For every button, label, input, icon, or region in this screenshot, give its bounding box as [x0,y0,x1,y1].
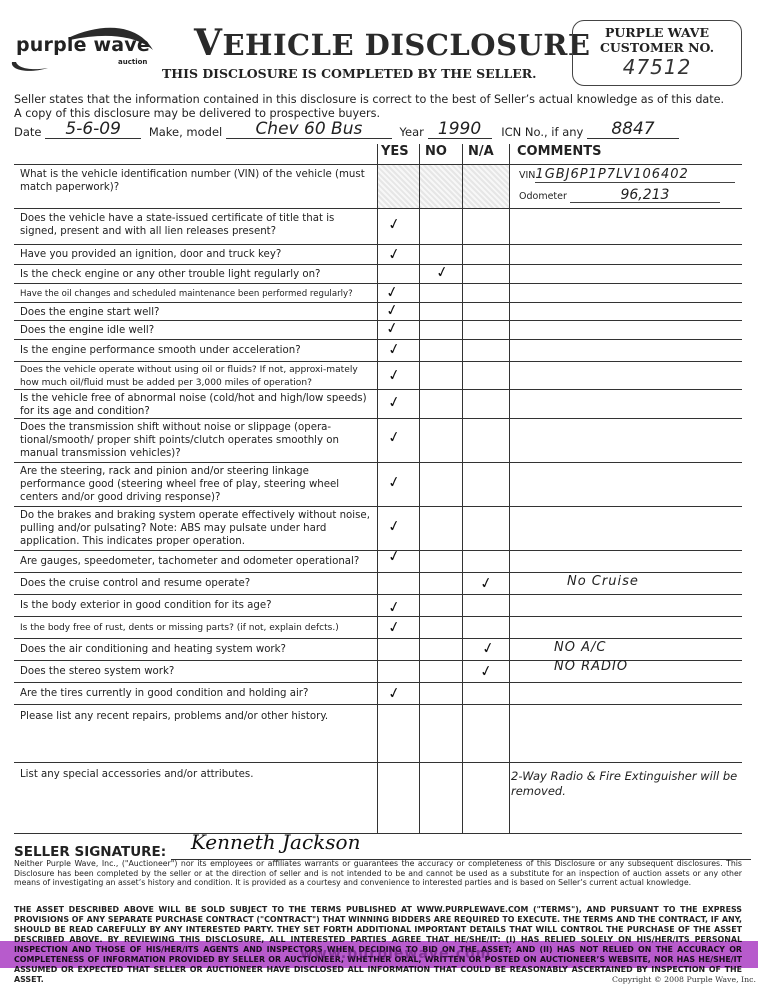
header-na: N/A [468,144,494,164]
customer-number-box: PURPLE WAVE CUSTOMER NO. 47512 [572,20,742,86]
table-row-oil-fluids: Does the vehicle operate without using o… [14,361,742,389]
header-yes: YES [381,144,409,164]
check-yes-icon[interactable]: ✓ [384,300,400,320]
year-field[interactable]: 1990 [428,120,492,139]
table-row-brakes: Do the brakes and braking system operate… [14,506,742,550]
table-row-accessories: List any special accessories and/or attr… [14,762,742,834]
table-row-repairs-history: Please list any recent repairs, problems… [14,704,742,762]
table-row-engine-start: Does the engine start well?✓ [14,302,742,320]
check-yes-icon[interactable]: ✓ [386,365,402,385]
check-yes-icon[interactable]: ✓ [386,427,402,447]
check-na-icon[interactable]: ✓ [480,638,496,658]
table-row-stereo: Does the stereo system work?✓NO RADIO [14,660,742,682]
table-row-gauges: Are gauges, speedometer, tachometer and … [14,550,742,572]
make-model-field[interactable]: Chev 60 Bus [226,120,392,139]
comment-stereo[interactable]: NO RADIO [554,659,628,674]
check-na-icon[interactable]: ✓ [478,573,494,593]
make-model-label: Make, model [149,125,222,139]
check-yes-icon[interactable]: ✓ [386,617,402,637]
customer-box-label: PURPLE WAVE CUSTOMER NO. [573,25,741,55]
purple-wave-logo: purple wave auction [8,22,158,74]
date-label: Date [14,125,42,139]
vehicle-info-line: Date 5-6-09 Make, model Chev 60 Bus Year… [14,120,679,142]
table-row-tires: Are the tires currently in good conditio… [14,682,742,704]
page-title: VEHICLE DISCLOSURE [194,22,591,64]
logo-text: purple wave [16,34,150,56]
disclaimer-text: Neither Purple Wave, Inc., ("Auctioneer"… [14,859,742,888]
table-row-engine-idle: Does the engine idle well?✓ [14,320,742,339]
table-row-keys: Have you provided an ignition, door and … [14,244,742,264]
signature-label: SELLER SIGNATURE: [14,844,166,860]
table-row-abnormal-noise: Is the vehicle free of abnormal noise (c… [14,389,742,418]
table-row-title: Does the vehicle have a state-issued cer… [14,208,742,244]
check-yes-icon[interactable]: ✓ [386,516,402,536]
table-row-vin: What is the vehicle identification numbe… [14,164,742,208]
check-yes-icon[interactable]: ✓ [384,318,400,338]
icn-field[interactable]: 8847 [587,120,679,139]
check-yes-icon[interactable]: ✓ [386,392,402,412]
table-row-check-engine: Is the check engine or any other trouble… [14,264,742,283]
table-row-air-conditioning: Does the air conditioning and heating sy… [14,638,742,660]
check-na-icon[interactable]: ✓ [478,661,494,681]
copyright-text: Copyright © 2008 Purple Wave, Inc. [612,975,756,984]
check-yes-icon[interactable]: ✓ [386,597,402,617]
header-comments: COMMENTS [517,144,601,164]
comment-accessories[interactable]: 2-Way Radio & Fire Extinguisher will be … [511,769,741,799]
check-yes-icon[interactable]: ✓ [386,683,402,703]
table-row-engine-performance: Is the engine performance smooth under a… [14,339,742,361]
table-bottom-border [14,833,742,834]
check-yes-icon[interactable]: ✓ [384,282,400,302]
signature-field[interactable]: Kenneth Jackson [171,846,751,860]
check-yes-icon[interactable]: ✓ [386,214,402,234]
icn-label: ICN No., if any [501,125,583,139]
check-yes-icon[interactable]: ✓ [386,472,402,492]
table-row-cruise-control: Does the cruise control and resume opera… [14,572,742,594]
date-field[interactable]: 5-6-09 [45,120,141,139]
seller-statement: Seller states that the information conta… [14,93,724,121]
disclosure-checklist: YES NO N/A COMMENTS VIN1GBJ6P1P7LV106402… [14,144,742,834]
table-row-steering: Are the steering, rack and pinion and/or… [14,462,742,506]
table-row-transmission: Does the transmission shift without nois… [14,418,742,462]
comment-ac[interactable]: NO A/C [554,640,606,655]
table-row-body-exterior: Is the body exterior in good condition f… [14,594,742,616]
year-label: Year [400,125,424,139]
website-watermark: www.purplewave.com [300,946,491,962]
table-row-oil-changes: Have the oil changes and scheduled maint… [14,283,742,302]
check-no-icon[interactable]: ✓ [434,262,450,282]
comment-cruise[interactable]: No Cruise [567,574,639,589]
table-row-body-rust: Is the body free of rust, dents or missi… [14,616,742,638]
check-yes-icon[interactable]: ✓ [386,244,402,264]
check-yes-icon[interactable]: ✓ [386,339,402,359]
page-subtitle: THIS DISCLOSURE IS COMPLETED BY THE SELL… [162,66,537,81]
header-no: NO [425,144,447,164]
customer-number-value[interactable]: 47512 [573,55,741,79]
logo-subtext: auction [118,58,147,66]
seller-signature-line: SELLER SIGNATURE: Kenneth Jackson [14,844,751,860]
signature-value: Kenneth Jackson [191,830,361,854]
